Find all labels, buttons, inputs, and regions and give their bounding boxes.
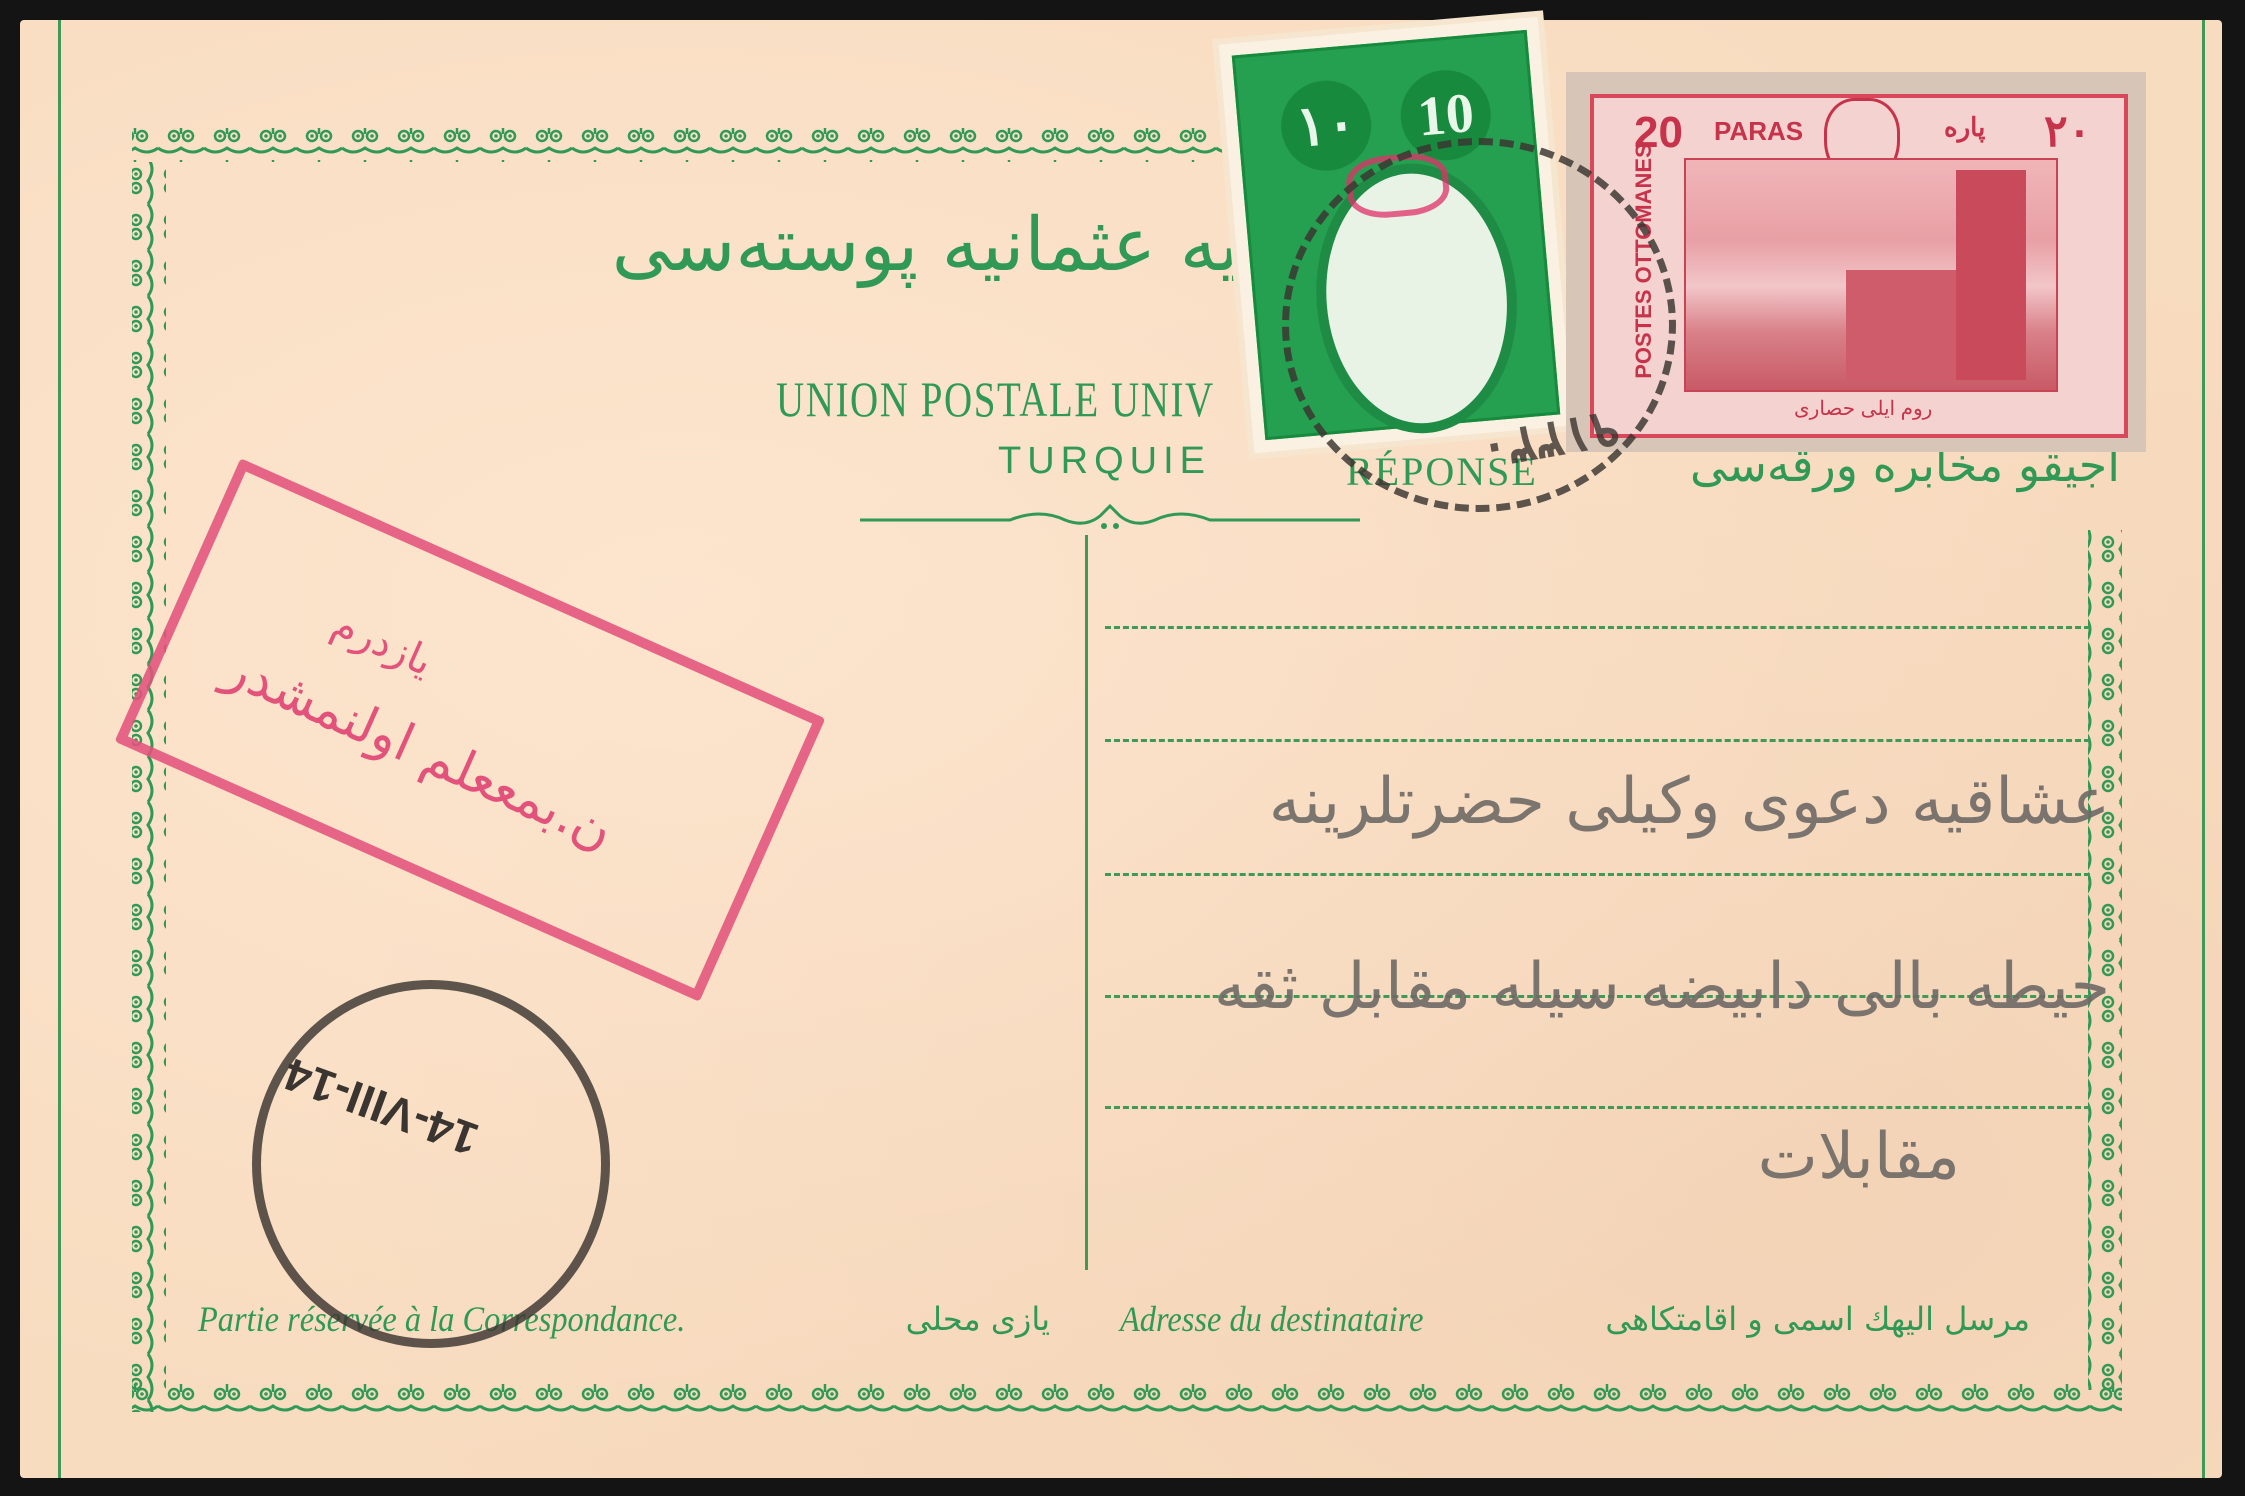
stamp-value-ottoman: ١٠	[1277, 77, 1375, 175]
postcard: يه عثمانيه پوسته‌سى UNION POSTALE UNIV T…	[20, 20, 2222, 1478]
stamp-currency-ottoman: پاره	[1944, 112, 1985, 143]
rumeli-hisari-vignette	[1684, 158, 2058, 392]
fortress-wall	[1846, 270, 1956, 380]
handwriting-line-1: عشاقيه دعوى وكيلى حضرتلرينه	[1030, 765, 2110, 839]
handwriting-line-2: حيطه بالى دابيضه سيله مقابل ثقه	[1030, 950, 2110, 1024]
address-divider	[1085, 535, 1088, 1270]
country-label: TURQUIE	[998, 440, 1211, 483]
handwriting-line-3: مقابلات	[1340, 1120, 1960, 1194]
stamp-currency: PARAS	[1714, 116, 1803, 147]
address-line-2	[1105, 739, 2090, 742]
header-ottoman-title: يه عثمانيه پوسته‌سى	[810, 202, 1240, 288]
address-line-5	[1105, 1106, 2090, 1109]
correspondence-footer-ottoman: يازى محلى	[920, 1300, 1050, 1338]
stamp-caption-ottoman: روم ايلى حصارى	[1794, 396, 1932, 421]
address-line-3	[1105, 873, 2090, 876]
fortress-tower	[1956, 170, 2026, 380]
address-line-1	[1105, 626, 2090, 629]
address-footer: Adresse du destinataire	[1120, 1298, 1424, 1340]
stamp-frame: 20 PARAS پاره ٢٠ POSTES OTTOMANES روم اي…	[1590, 94, 2128, 438]
address-footer-ottoman: مرسل اليهك اسمى و اقامتكاهى	[1560, 1300, 2030, 1338]
union-postale-title: UNION POSTALE UNIV	[776, 370, 1215, 428]
decorative-swash	[860, 498, 1360, 538]
stamp-value-ottoman: ٢٠	[2044, 106, 2091, 157]
lower-postmark	[252, 980, 610, 1348]
